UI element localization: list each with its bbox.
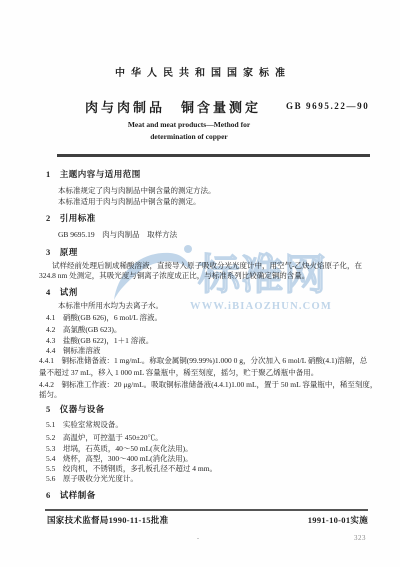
section-5-heading: 5 仪器与设备	[46, 404, 105, 414]
clause-5-6: 5.6 原子吸收分光光度计。	[46, 474, 138, 484]
section-1-heading: 1 主题内容与适用范围	[46, 169, 141, 179]
section-1-paragraph: 本标准适用于肉与肉制品中铜含量的测定。	[58, 197, 201, 207]
clause-4-3: 4.3 盐酸(GB 622)，1＋1 溶液。	[46, 336, 153, 346]
document-page: 标准网 WWW.iBIAOZHUN.COM 中华人民共和国国家标准 肉与肉制品 …	[0, 0, 400, 567]
section-2-paragraph: GB 9695.19 肉与肉制品 取样方法	[58, 230, 177, 240]
section-6-heading: 6 试样制备	[46, 490, 96, 500]
clause-4-2: 4.2 高氯酸(GB 623)。	[46, 325, 121, 335]
section-4-intro: 本标准中所用水均为去离子水。	[58, 301, 163, 311]
implementation-note: 1991-10-01实施	[308, 514, 368, 526]
section-3-heading: 3 原理	[46, 247, 78, 257]
clause-5-1: 5.1 实验室常规设备。	[46, 420, 123, 430]
standard-title-cn: 肉与肉制品 铜含量测定	[85, 97, 261, 116]
watermark-url: WWW.iBIAOZHUN.COM	[190, 301, 332, 312]
clause-5-4: 5.4 烧杯，高型，300～400 mL(消化法用)。	[46, 454, 193, 464]
watermark-dot-icon	[184, 245, 192, 253]
header-divider	[57, 154, 370, 157]
stray-mark: .	[197, 532, 199, 541]
clause-4-4-2-line: 4.4.2 铜标准工作液：20 μg/mL。吸取铜标准储备液(4.4.1)1.0…	[39, 380, 377, 390]
page-number: 323	[354, 534, 366, 542]
clause-5-5: 5.5 绞肉机，不锈钢质，多孔板孔径不超过 4 mm。	[46, 464, 217, 474]
section-1-paragraph: 本标准规定了肉与肉制品中铜含量的测定方法。	[58, 186, 216, 196]
clause-5-3: 5.3 坩埚，石英质，40～50 mL(灰化法用)。	[46, 444, 193, 454]
clause-4-4: 4.4 铜标准溶液	[46, 346, 100, 356]
section-2-heading: 2 引用标准	[46, 213, 96, 223]
standard-code: GB 9695.22—90	[286, 101, 369, 111]
standard-title-en-line2: determination of copper	[0, 132, 389, 141]
clause-4-4-1-line: 量不超过 37 mL，移入 1 000 mL 容量瓶中，稀至刻度，摇匀，贮于聚乙…	[39, 368, 318, 378]
national-standard-label: 中华人民共和国国家标准	[0, 64, 400, 79]
clause-5-2: 5.2 高温炉，可控温于 450±20℃。	[46, 433, 163, 443]
section-3-paragraph-line: 324.8 nm 处测定，其吸光度与铜离子浓度成正比，与标准系列比较确定铜的含量…	[39, 271, 309, 281]
approval-note: 国家技术监督局1990-11-15批准	[47, 514, 168, 526]
section-3-paragraph-line: 试样经前处理后制成稀酸溶液，直接导入原子吸收分光光度计中，用空气-乙炔火焰原子化…	[52, 261, 362, 271]
footer-divider	[45, 509, 368, 511]
section-4-heading: 4 试剂	[46, 287, 78, 297]
clause-4-1: 4.1 硝酸(GB 626)，6 mol/L 溶液。	[46, 313, 162, 323]
clause-4-4-1-line: 4.4.1 铜标准储备液：1 mg/mL。称取金属铜(99.99%)1.000 …	[39, 356, 367, 366]
standard-title-en-line1: Meat and meat products—Method for	[0, 120, 389, 129]
clause-4-4-2-line: 摇匀。	[39, 390, 62, 400]
